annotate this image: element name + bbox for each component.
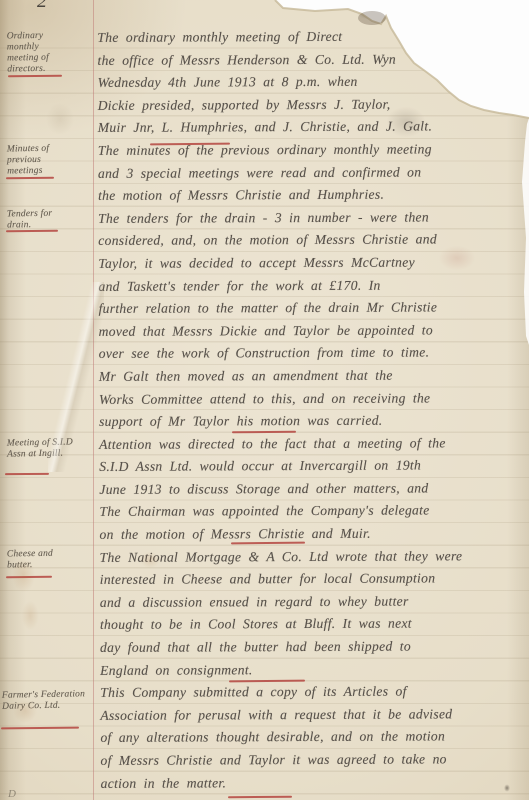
minutes-line: S.I.D Assn Ltd. would occur at Invercarg… xyxy=(99,454,519,478)
minutes-line: Works Committee attend to this, and on r… xyxy=(99,387,519,411)
next-note-ink-trace: D xyxy=(8,788,16,800)
minutes-line: and a discussion ensued in regard to whe… xyxy=(100,590,520,614)
minutes-line: support of Mr Taylor his motion was carr… xyxy=(99,409,519,433)
minutes-line: England on consignment. xyxy=(100,658,520,682)
minutes-line: Association for perusal with a request t… xyxy=(100,703,520,727)
minutes-line: thought to be in Cool Stores at Bluff. I… xyxy=(100,613,520,637)
minutes-line: The National Mortgage & A Co. Ltd wrote … xyxy=(100,545,520,569)
minutes-line: June 1913 to discuss Storage and other m… xyxy=(99,477,519,501)
minutes-line: day found that all the butter had been s… xyxy=(100,635,520,659)
margin-note-cheese-butter: Cheese and butter. xyxy=(7,549,63,572)
torn-corner xyxy=(0,0,529,360)
minutes-line: Attention was directed to the fact that … xyxy=(99,432,519,456)
minutes-line: interested in Cheese and butter for loca… xyxy=(100,567,520,591)
minutes-line: This Company submitted a copy of its Art… xyxy=(100,680,520,704)
minutes-line: of Messrs Christie and Taylor it was agr… xyxy=(100,748,520,772)
minute-book-page: 2 Ordinary monthly meeting of directors.… xyxy=(0,0,529,800)
margin-note-farmers-federation: Farmer's Federation Dairy Co. Ltd. xyxy=(2,689,86,712)
minutes-line: The Chairman was appointed the Company's… xyxy=(99,500,519,524)
minutes-line: on the motion of Messrs Christie and Mui… xyxy=(99,522,519,546)
minutes-line: Mr Galt then moved as an amendment that … xyxy=(99,364,519,388)
minutes-line: of any alterations thought desirable, an… xyxy=(100,725,520,749)
red-underline xyxy=(228,796,292,798)
minutes-line: action in the matter. xyxy=(101,771,521,795)
